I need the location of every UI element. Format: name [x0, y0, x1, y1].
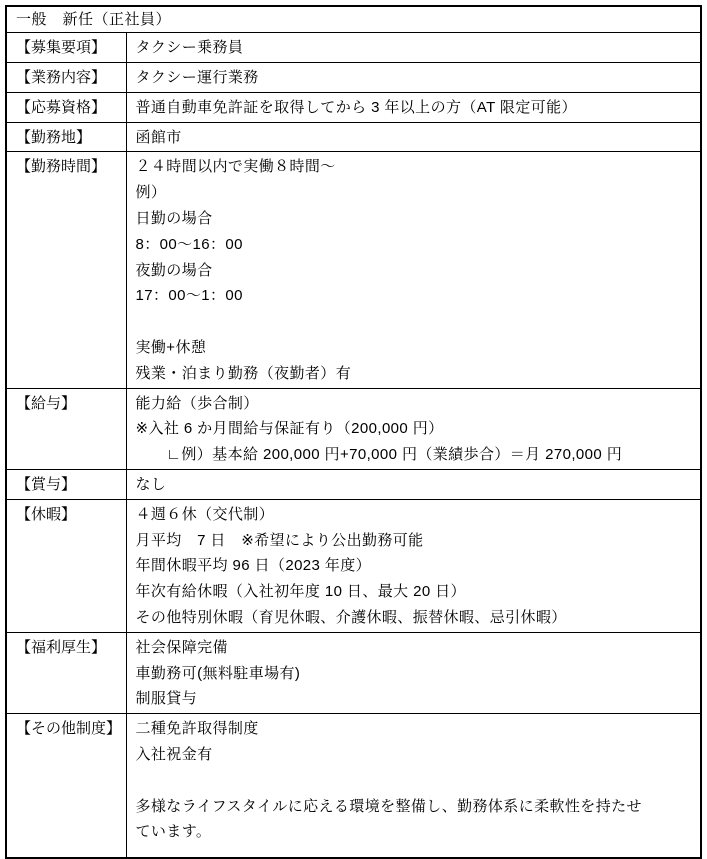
- text-line: 例）: [136, 180, 693, 206]
- text-line: その他特別休暇（育児休暇、介護休暇、振替休暇、忌引休暇）: [136, 605, 693, 631]
- row-value: 二種免許取得制度入社祝金有多様なライフスタイルに応える環境を整備し、勤務体系に柔…: [126, 714, 701, 858]
- table-header-row: 一般 新任（正社員）: [6, 6, 701, 33]
- text-line: 多様なライフスタイルに応える環境を整備し、勤務体系に柔軟性を持たせ: [136, 794, 693, 820]
- text-line: 能力給（歩合制）: [136, 391, 693, 417]
- row-value: 能力給（歩合制）※入社 6 か月間給与保証有り（200,000 円） ∟例）基本…: [126, 388, 701, 469]
- row-value: なし: [126, 469, 701, 499]
- text-line: ています。: [136, 819, 693, 845]
- text-line: 入社祝金有: [136, 742, 693, 768]
- row-value: 社会保障完備車勤務可(無料駐車場有)制服貸与: [126, 632, 701, 713]
- text-line: 日勤の場合: [136, 206, 693, 232]
- text-line: 8：00〜16：00: [136, 232, 693, 258]
- row-label: 【賞与】: [6, 469, 126, 499]
- row-value: 普通自動車免許証を取得してから 3 年以上の方（AT 限定可能）: [126, 92, 701, 122]
- text-line: ２４時間以内で実働８時間〜: [136, 154, 693, 180]
- table-row: 【勤務地】函館市: [6, 122, 701, 152]
- job-posting-table-body: 一般 新任（正社員） 【募集要項】タクシー乗務員【業務内容】タクシー運行業務【応…: [6, 6, 701, 858]
- row-label: 【勤務時間】: [6, 152, 126, 388]
- text-line: ∟例）基本給 200,000 円+70,000 円（業績歩合）＝月 270,00…: [136, 442, 693, 468]
- row-label: 【募集要項】: [6, 33, 126, 63]
- text-line: タクシー乗務員: [136, 35, 693, 61]
- text-line: [136, 768, 693, 794]
- text-line: 二種免許取得制度: [136, 716, 693, 742]
- text-line: 社会保障完備: [136, 635, 693, 661]
- row-value: タクシー運行業務: [126, 62, 701, 92]
- text-line: 車勤務可(無料駐車場有): [136, 661, 693, 687]
- text-line: 月平均 7 日 ※希望により公出勤務可能: [136, 528, 693, 554]
- table-title: 一般 新任（正社員）: [6, 6, 701, 33]
- table-row: 【募集要項】タクシー乗務員: [6, 33, 701, 63]
- row-label: 【勤務地】: [6, 122, 126, 152]
- row-label: 【休暇】: [6, 499, 126, 632]
- row-value: ２４時間以内で実働８時間〜例）日勤の場合8：00〜16：00夜勤の場合17：00…: [126, 152, 701, 388]
- text-line: 夜勤の場合: [136, 258, 693, 284]
- text-line: 残業・泊まり勤務（夜勤者）有: [136, 361, 693, 387]
- text-line: 函館市: [136, 125, 693, 151]
- row-value: タクシー乗務員: [126, 33, 701, 63]
- text-line: なし: [136, 472, 693, 498]
- text-line: 年次有給休暇（入社初年度 10 日、最大 20 日）: [136, 579, 693, 605]
- text-line: 実働+休憩: [136, 335, 693, 361]
- text-line: 制服貸与: [136, 686, 693, 712]
- table-row: 【賞与】なし: [6, 469, 701, 499]
- table-row: 【その他制度】二種免許取得制度入社祝金有多様なライフスタイルに応える環境を整備し…: [6, 714, 701, 858]
- table-row: 【福利厚生】社会保障完備車勤務可(無料駐車場有)制服貸与: [6, 632, 701, 713]
- row-label: 【応募資格】: [6, 92, 126, 122]
- text-line: ※入社 6 か月間給与保証有り（200,000 円）: [136, 416, 693, 442]
- row-label: 【福利厚生】: [6, 632, 126, 713]
- text-line: ４週６休（交代制）: [136, 502, 693, 528]
- table-row: 【業務内容】タクシー運行業務: [6, 62, 701, 92]
- text-line: 年間休暇平均 96 日（2023 年度）: [136, 553, 693, 579]
- job-posting-table: 一般 新任（正社員） 【募集要項】タクシー乗務員【業務内容】タクシー運行業務【応…: [5, 5, 702, 859]
- table-row: 【勤務時間】２４時間以内で実働８時間〜例）日勤の場合8：00〜16：00夜勤の場…: [6, 152, 701, 388]
- row-label: 【業務内容】: [6, 62, 126, 92]
- text-line: 普通自動車免許証を取得してから 3 年以上の方（AT 限定可能）: [136, 95, 693, 121]
- document-page: 一般 新任（正社員） 【募集要項】タクシー乗務員【業務内容】タクシー運行業務【応…: [0, 0, 707, 831]
- table-row: 【休暇】４週６休（交代制）月平均 7 日 ※希望により公出勤務可能年間休暇平均 …: [6, 499, 701, 632]
- text-line: [136, 309, 693, 335]
- row-value: ４週６休（交代制）月平均 7 日 ※希望により公出勤務可能年間休暇平均 96 日…: [126, 499, 701, 632]
- text-line: 17：00〜1：00: [136, 283, 693, 309]
- row-label: 【その他制度】: [6, 714, 126, 858]
- table-row: 【応募資格】普通自動車免許証を取得してから 3 年以上の方（AT 限定可能）: [6, 92, 701, 122]
- row-value: 函館市: [126, 122, 701, 152]
- table-row: 【給与】能力給（歩合制）※入社 6 か月間給与保証有り（200,000 円） ∟…: [6, 388, 701, 469]
- text-line: タクシー運行業務: [136, 65, 693, 91]
- row-label: 【給与】: [6, 388, 126, 469]
